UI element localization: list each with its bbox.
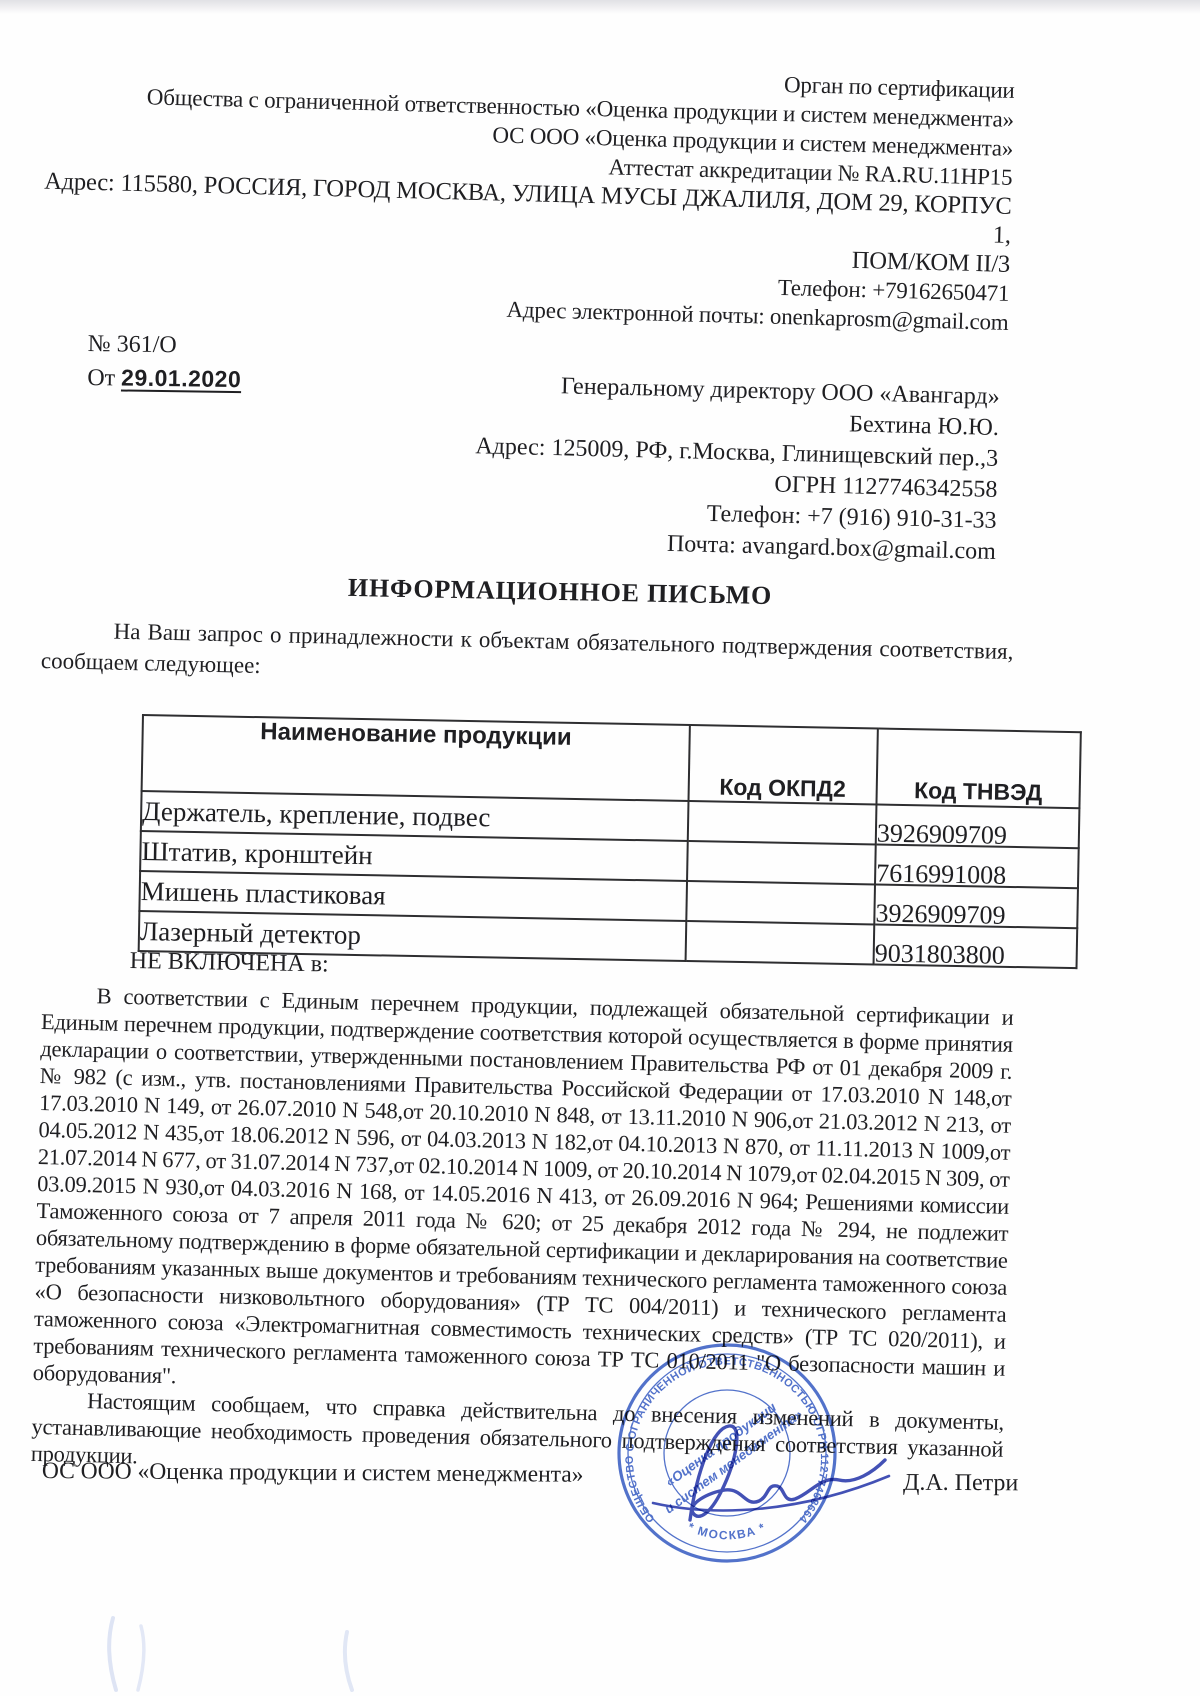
tnved-value: 7616991008 <box>876 858 1007 890</box>
scanned-letter-page: Орган по сертификации Общества с огранич… <box>0 0 1200 1696</box>
tnved-cell: 3926909709 <box>874 884 1078 928</box>
products-table: Наименование продукции Код ОКПД2 Код ТНВ… <box>138 714 1082 969</box>
tnved-value: 9031803800 <box>874 938 1005 970</box>
blue-mark <box>138 1626 144 1690</box>
tnved-cell: 7616991008 <box>875 844 1079 888</box>
letter-number: № 361/О <box>88 328 242 363</box>
okpd2-cell <box>687 801 876 844</box>
letter-date-label: От <box>87 365 115 391</box>
recipient-block: Генеральному директору ООО «Авангард» Бе… <box>176 362 1000 568</box>
tnved-value: 3926909709 <box>877 818 1008 850</box>
okpd2-cell <box>686 881 875 924</box>
blue-mark <box>345 1632 352 1690</box>
intro-paragraph: На Ваш запрос о принадлежности к объекта… <box>41 614 1014 698</box>
scan-artifact-top-edge <box>0 0 1200 14</box>
not-included-note: НЕ ВКЛЮЧЕНА в: <box>130 948 329 978</box>
okpd2-cell <box>685 921 874 964</box>
blue-mark <box>109 1618 116 1690</box>
handwritten-signature <box>625 1400 925 1540</box>
col-header-okpd2: Код ОКПД2 <box>688 725 878 804</box>
letter-title: ИНФОРМАЦИОННОЕ ПИСЬМО <box>0 566 1120 617</box>
body-paragraph-1: В соответствии с Единым перечнем продукц… <box>32 981 1013 1409</box>
okpd2-cell <box>687 841 876 884</box>
signatory-organization: ОС ООО «Оценка продукции и систем менедж… <box>42 1458 584 1489</box>
letterhead-block: Орган по сертификации Общества с огранич… <box>29 50 1015 337</box>
tnved-cell: 9031803800 <box>874 924 1078 968</box>
tnved-value: 3926909709 <box>875 898 1006 930</box>
col-header-product-name: Наименование продукции <box>142 715 690 801</box>
col-header-tnved: Код ТНВЭД <box>876 728 1080 808</box>
scan-artifact-blue-marks <box>95 1612 435 1696</box>
tnved-cell: 3926909709 <box>876 804 1080 848</box>
